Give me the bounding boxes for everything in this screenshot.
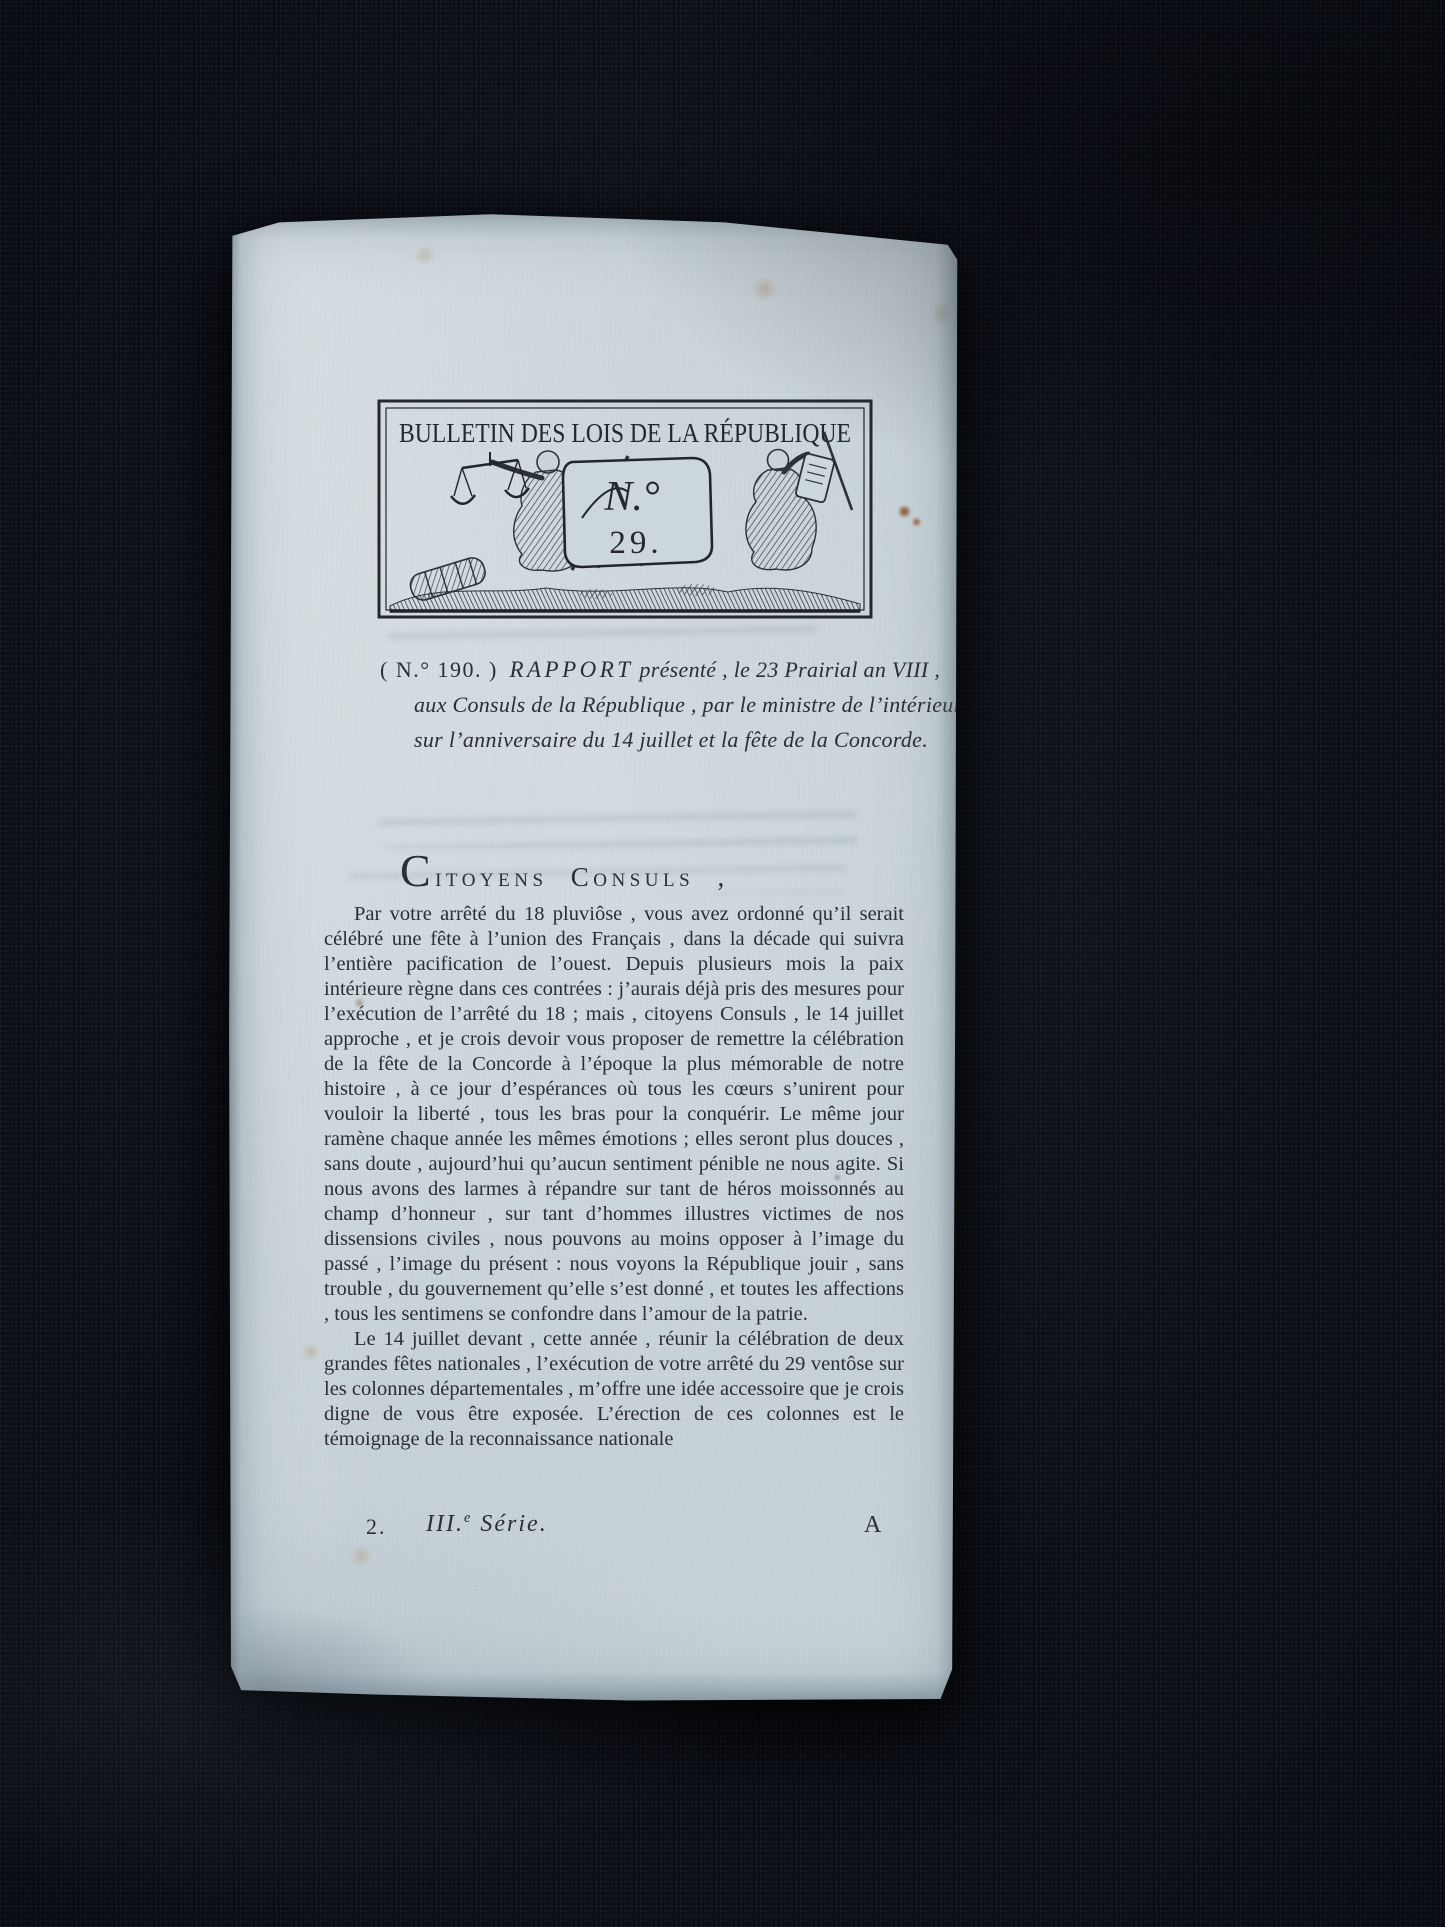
document-page: BULLETIN DES LOIS DE LA RÉPUBLIQUE [228, 212, 958, 1702]
foxing-spot [912, 518, 921, 526]
foxing-spot [750, 278, 780, 300]
series-roman: III. [426, 1511, 464, 1537]
foxing-spot [300, 1344, 322, 1360]
foxing-spot [354, 998, 365, 1008]
masthead-inner-border [386, 408, 864, 610]
issue-number: 29. [609, 525, 662, 561]
masthead-outer-border [379, 401, 871, 617]
body-text: Par votre arrêté du 18 pluviôse , vous a… [324, 902, 904, 1452]
staff [572, 456, 628, 570]
photo-of-document: { "colors": { "fabric_background": "#0a0… [0, 0, 1445, 1927]
heading-ref: ( N.° 190. ) [380, 657, 498, 682]
salutation: Citoyens Consuls , [400, 844, 729, 897]
figure-body [746, 468, 816, 570]
masthead-title: BULLETIN DES LOIS DE LA RÉPUBLIQUE [399, 418, 851, 448]
justice-scales-icon [451, 452, 529, 504]
signature-mark: A [864, 1512, 882, 1539]
law-tablet-figure [746, 432, 852, 570]
dark-fabric-background: BULLETIN DES LOIS DE LA RÉPUBLIQUE [0, 0, 1445, 1927]
pike [824, 432, 852, 510]
page-footer: 2. III.e Série. A [228, 1510, 958, 1550]
issue-cartouche: N.° 29. [563, 458, 712, 567]
report-heading: ( N.° 190. ) RAPPORT présenté , le 23 Pr… [380, 652, 908, 757]
paper-shadow-wrap: BULLETIN DES LOIS DE LA RÉPUBLIQUE [228, 212, 958, 1702]
foxing-spot [898, 506, 911, 517]
page-number: 2. [366, 1514, 387, 1540]
figure-body [514, 470, 586, 571]
heading-line: aux Consuls de la République , par le mi… [380, 687, 908, 722]
foxing-spot [348, 1546, 374, 1566]
series-word: Série. [480, 1511, 547, 1537]
body-paragraph: Le 14 juillet devant , cette année , réu… [324, 1327, 904, 1452]
body-paragraph: Par votre arrêté du 18 pluviôse , vous a… [324, 902, 904, 1327]
ghost-bleedthrough [388, 624, 818, 650]
calligraphic-swash [582, 488, 628, 518]
foxing-spot [834, 1174, 841, 1181]
series-superscript: e [464, 1510, 472, 1526]
heading-line1-rest: présenté , le 23 Prairial an VIII , [639, 657, 940, 682]
fasces-icon [407, 555, 488, 603]
heading-keyword: RAPPORT [509, 657, 633, 682]
ghost-bleedthrough [378, 810, 858, 848]
masthead-vignette: BULLETIN DES LOIS DE LA RÉPUBLIQUE [376, 398, 874, 620]
heading-line: ( N.° 190. ) RAPPORT présenté , le 23 Pr… [380, 652, 908, 687]
ghost-bleedthrough [348, 864, 848, 894]
justice-figure [451, 451, 642, 571]
figure-head [768, 450, 789, 471]
figure-head [537, 451, 559, 473]
foxing-spot [934, 296, 950, 330]
series-label: III.e Série. [426, 1510, 548, 1538]
figure-arm [784, 454, 808, 472]
issue-label: N.° [603, 474, 660, 520]
engraved-ground [390, 584, 860, 612]
figure-arm [492, 462, 542, 478]
law-tablet-icon [795, 453, 835, 503]
foxing-spot [412, 246, 438, 264]
heading-line: sur l’anniversaire du 14 juillet et la f… [380, 722, 908, 757]
